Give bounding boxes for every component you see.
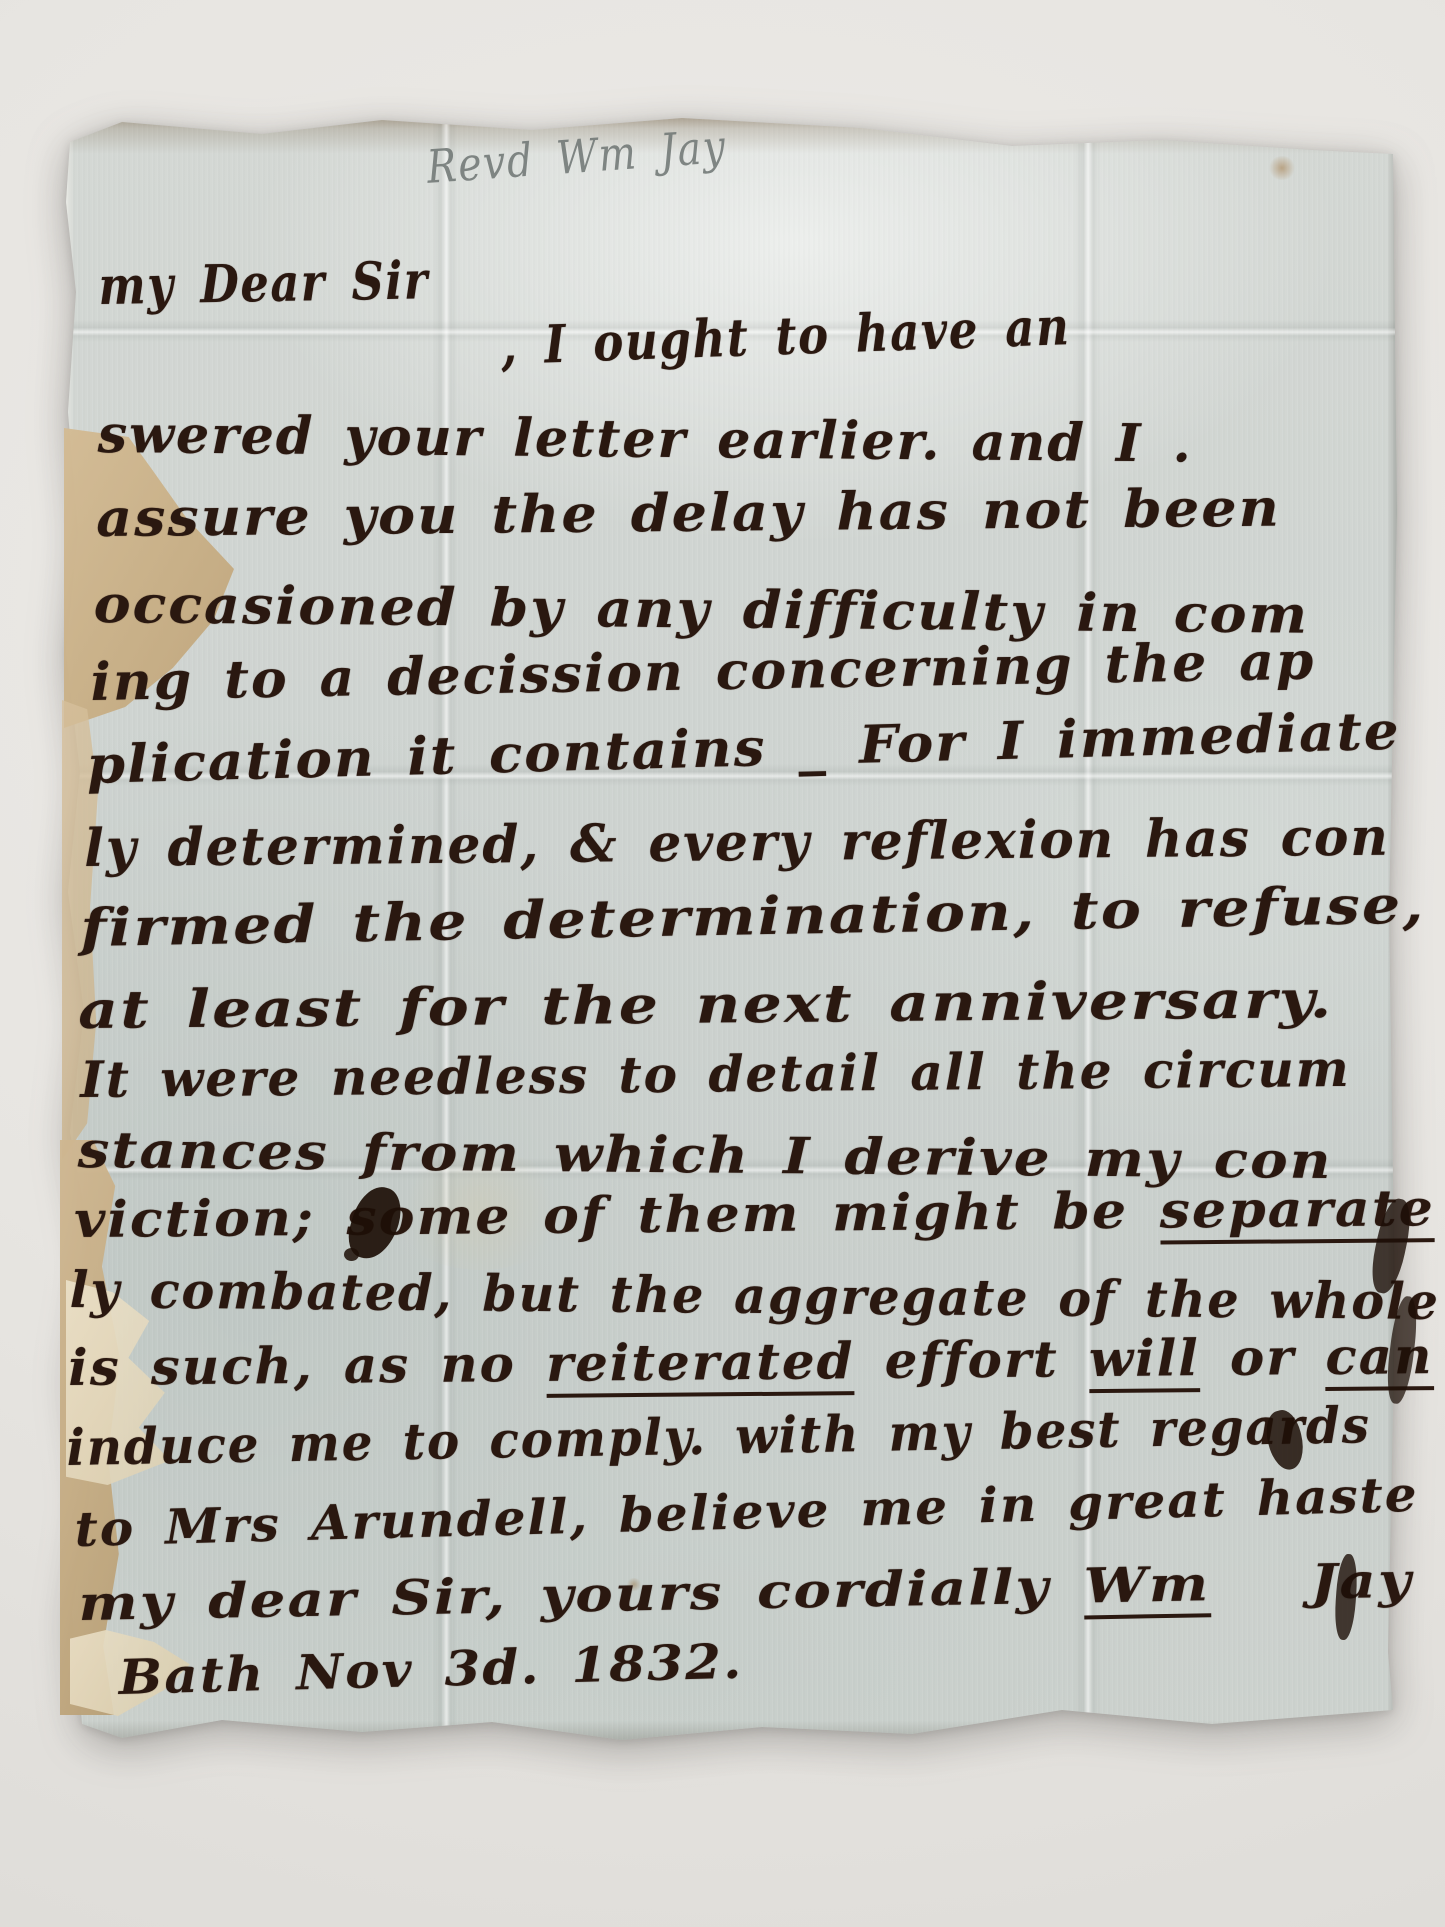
toned-bottom-edge bbox=[62, 1718, 1397, 1744]
vertical-fold-crease bbox=[1074, 112, 1100, 1744]
photo-of-letter: { "photo": { "background_color": "#e8e6e… bbox=[0, 0, 1445, 1927]
horizontal-fold-crease bbox=[62, 320, 1397, 342]
letter-sheet bbox=[62, 112, 1397, 1744]
sheet-right-edge bbox=[1387, 112, 1397, 1744]
toned-top-edge bbox=[62, 112, 1397, 164]
horizontal-fold-crease bbox=[62, 1158, 1397, 1180]
letter-sheet-wrapper bbox=[62, 112, 1397, 1744]
horizontal-fold-crease bbox=[62, 764, 1397, 786]
laid-paper-texture bbox=[62, 112, 1397, 1744]
vertical-fold-crease bbox=[432, 112, 458, 1744]
